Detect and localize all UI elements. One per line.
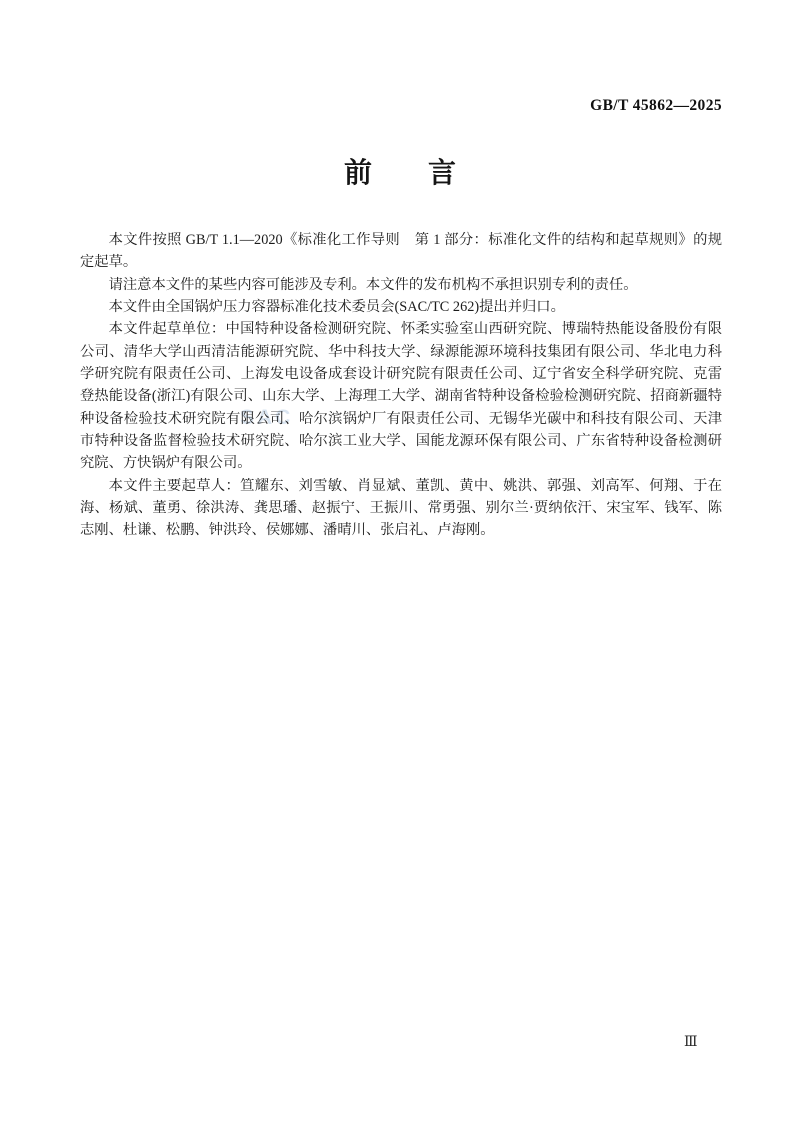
page-number: Ⅲ (684, 1034, 698, 1051)
page-title: 前 言 (0, 151, 800, 191)
document-page: GB/T 45862—2025 前 言 SAC 本文件按照 GB/T 1.1—2… (0, 0, 800, 1131)
standard-code: GB/T 45862—2025 (590, 97, 722, 115)
paragraph-drafting-organizations: 本文件起草单位：中国特种设备检测研究院、怀柔实验室山西研究院、博瑞特热能设备股份… (80, 318, 722, 474)
paragraph-drafting-rules: 本文件按照 GB/T 1.1—2020《标准化工作导则 第 1 部分：标准化文件… (80, 229, 722, 274)
foreword-body: 本文件按照 GB/T 1.1—2020《标准化工作导则 第 1 部分：标准化文件… (80, 229, 722, 542)
paragraph-committee: 本文件由全国锅炉压力容器标准化技术委员会(SAC/TC 262)提出并归口。 (80, 296, 722, 318)
paragraph-main-drafters: 本文件主要起草人：笪耀东、刘雪敏、肖显斌、董凯、黄中、姚洪、郭强、刘高军、何翔、… (80, 475, 722, 542)
paragraph-patent-notice: 请注意本文件的某些内容可能涉及专利。本文件的发布机构不承担识别专利的责任。 (80, 274, 722, 296)
